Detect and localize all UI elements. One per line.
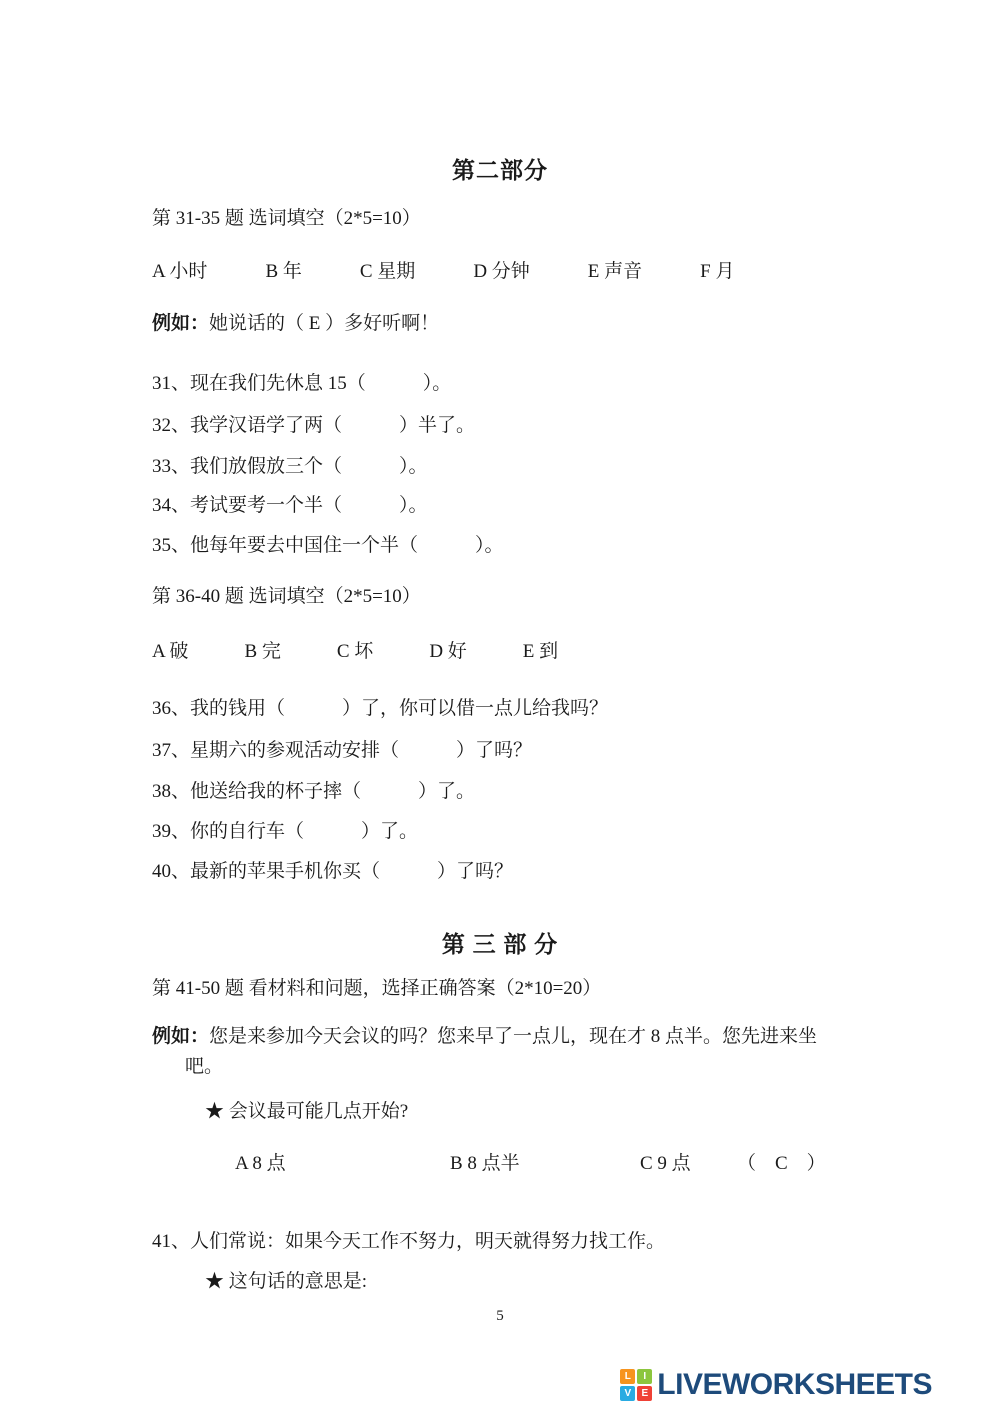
option-item: C 坏 xyxy=(337,636,373,663)
question-line: 41、人们常说：如果今天工作不努力，明天就得努力找工作。 xyxy=(152,1226,665,1253)
question-line: 39、你的自行车（ ）了。 xyxy=(152,816,418,843)
answer-row: A 8 点 B 8 点半 C 9 点 （ C ） xyxy=(235,1148,935,1172)
part3-title: 第 三 部 分 xyxy=(0,926,1000,959)
logo-text: LIVEWORKSHEETS xyxy=(657,1368,932,1402)
option-item: C 星期 xyxy=(360,256,415,283)
section1-options-row: A 小时 B 年 C 星期 D 分钟 E 声音 F 月 xyxy=(152,256,792,283)
question-line: 34、考试要考一个半（ ）。 xyxy=(152,490,428,517)
page-number: 5 xyxy=(0,1308,1000,1325)
example-text: 她说话的（ E ）多好听啊！ xyxy=(209,313,439,334)
question-line: 37、星期六的参观活动安排（ ）了吗？ xyxy=(152,735,532,762)
example-line2: 吧。 xyxy=(152,1052,892,1082)
option-item: B 年 xyxy=(265,256,301,283)
option-item: D 好 xyxy=(429,636,466,663)
question-line: 36、我的钱用（ ）了，你可以借一点儿给我吗？ xyxy=(152,693,608,720)
section2-heading: 第 36-40 题 选词填空（2*5=10） xyxy=(152,581,421,608)
example-label: 例如： xyxy=(152,313,209,334)
example-line1: 例如：您是来参加今天会议的吗？您来早了一点儿，现在才 8 点半。您先进来坐 xyxy=(152,1022,892,1052)
liveworksheets-logo[interactable]: L I V E LIVEWORKSHEETS xyxy=(620,1368,932,1402)
option-item: D 分钟 xyxy=(473,256,529,283)
option-item: E 到 xyxy=(523,636,558,663)
logo-square-v: V xyxy=(620,1386,635,1401)
star-question: ★ 会议最可能几点开始? xyxy=(205,1096,408,1123)
logo-square-i: I xyxy=(637,1369,652,1384)
logo-square-e: E xyxy=(637,1386,652,1401)
worksheet-page: 第二部分 第 31-35 题 选词填空（2*5=10） A 小时 B 年 C 星… xyxy=(0,0,1000,1415)
logo-square-l: L xyxy=(620,1369,635,1384)
example-text: 您是来参加今天会议的吗？您来早了一点儿，现在才 8 点半。您先进来坐 xyxy=(209,1026,817,1047)
question-line: 35、他每年要去中国住一个半（ ）。 xyxy=(152,530,504,557)
section1-heading: 第 31-35 题 选词填空（2*5=10） xyxy=(152,203,421,230)
part3-heading: 第 41-50 题 看材料和问题，选择正确答案（2*10=20） xyxy=(152,973,601,1000)
option-item: A 破 xyxy=(152,636,188,663)
part3-example: 例如：您是来参加今天会议的吗？您来早了一点儿，现在才 8 点半。您先进来坐 吧。 xyxy=(152,1022,892,1082)
example-label: 例如： xyxy=(152,1026,209,1047)
star-question: ★ 这句话的意思是: xyxy=(205,1266,367,1293)
question-line: 33、我们放假放三个（ ）。 xyxy=(152,451,428,478)
option-item: E 声音 xyxy=(588,256,642,283)
part2-title: 第二部分 xyxy=(0,152,1000,185)
option-item: A 小时 xyxy=(152,256,207,283)
question-line: 31、现在我们先休息 15（ ）。 xyxy=(152,368,451,395)
question-line: 40、最新的苹果手机你买（ ）了吗？ xyxy=(152,856,513,883)
section2-options-row: A 破 B 完 C 坏 D 好 E 到 xyxy=(152,636,614,663)
option-item: B 完 xyxy=(244,636,280,663)
answer-item: C 9 点 xyxy=(640,1148,691,1175)
section1-example: 例如：她说话的（ E ）多好听啊！ xyxy=(152,308,439,335)
question-line: 32、我学汉语学了两（ ）半了。 xyxy=(152,410,475,437)
liveworksheets-logo-icon: L I V E xyxy=(620,1369,652,1401)
answer-key: （ C ） xyxy=(737,1148,826,1175)
answer-item: B 8 点半 xyxy=(450,1148,520,1175)
question-line: 38、他送给我的杯子摔（ ）了。 xyxy=(152,776,475,803)
option-item: F 月 xyxy=(700,256,734,283)
answer-item: A 8 点 xyxy=(235,1148,286,1175)
